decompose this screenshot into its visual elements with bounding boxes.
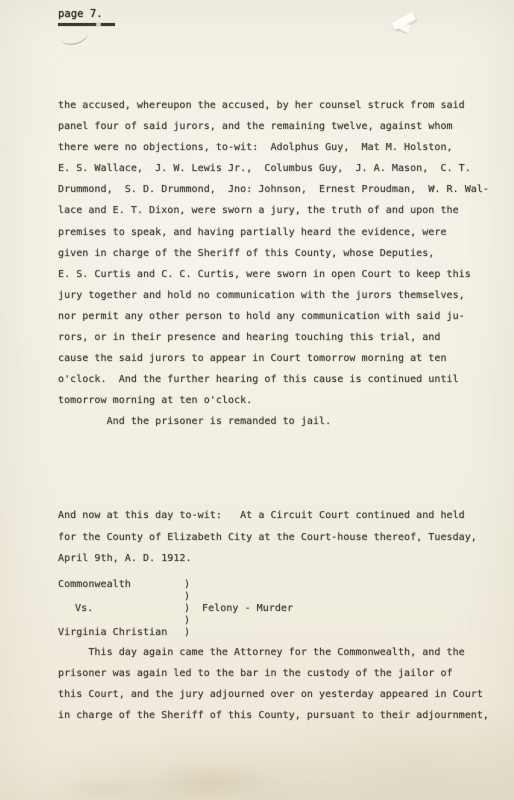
bracket-glyph: ) [184,603,202,615]
case-caption-block: Commonwealth Vs. Virginia Christian ) ) … [58,579,293,651]
typed-line: April 9th, A. D. 1912. [58,548,498,570]
typed-line: rors, or in their presence and hearing t… [58,327,498,348]
typed-line: given in charge of the Sheriff of this C… [58,243,498,264]
court-record-paragraph-session: And now at this day to-wit: At a Circuit… [58,505,498,570]
typed-line: lace and E. T. Dixon, were sworn a jury,… [58,200,498,221]
typed-line: tomorrow morning at ten o'clock. [58,390,498,411]
caption-charge-column: Felony - Murder [202,579,293,615]
court-record-paragraph-return: This day again came the Attorney for the… [58,642,506,726]
caption-parties-column: Commonwealth Vs. Virginia Christian [58,579,184,651]
paper-stain [148,762,278,800]
typed-line: premises to speak, and having partially … [58,222,498,243]
typed-line: E. S. Curtis and C. C. Curtis, were swor… [58,264,498,285]
scanned-court-document-page: page 7. the accused, whereupon the accus… [0,0,514,800]
typed-line: there were no objections, to-wit: Adolph… [58,137,498,158]
typed-line: And the prisoner is remanded to jail. [58,411,498,432]
typed-line: And now at this day to-wit: At a Circuit… [58,505,498,527]
typed-line: panel four of said jurors, and the remai… [58,116,498,137]
plaintiff-name: Commonwealth [58,579,184,591]
page-number-label: page 7. [58,8,103,20]
typed-line: prisoner was again led to the bar in the… [58,663,506,684]
bracket-glyph: ) [184,591,202,603]
versus-label: Vs. [58,603,184,615]
caption-bracket-column: ) ) ) ) ) [184,579,202,639]
paper-curl-mark [58,24,90,48]
typed-line: o'clock. And the further hearing of this… [58,369,498,390]
typed-line: E. S. Wallace, J. W. Lewis Jr., Columbus… [58,158,498,179]
court-record-paragraph-jury: the accused, whereupon the accused, by h… [58,95,498,433]
page-number-underline [58,23,115,26]
bracket-glyph: ) [184,615,202,627]
paper-crease-top-right [390,13,420,35]
bracket-glyph: ) [184,579,202,591]
defendant-name: Virginia Christian [58,627,184,639]
typed-line: cause the said jurors to appear in Court… [58,348,498,369]
typed-line: this Court, and the jury adjourned over … [58,684,506,705]
typed-line: in charge of the Sheriff of this County,… [58,705,506,726]
typed-line: Drummond, S. D. Drummond, Jno: Johnson, … [58,179,498,200]
typed-line: the accused, whereupon the accused, by h… [58,95,498,116]
paper-stain [60,778,150,800]
typed-line: for the County of Elizabeth City at the … [58,527,498,549]
typed-line: This day again came the Attorney for the… [58,642,506,663]
bracket-glyph: ) [184,627,202,639]
typed-line: jury together and hold no communication … [58,285,498,306]
typed-line: nor permit any other person to hold any … [58,306,498,327]
charge-label: Felony - Murder [202,603,293,615]
